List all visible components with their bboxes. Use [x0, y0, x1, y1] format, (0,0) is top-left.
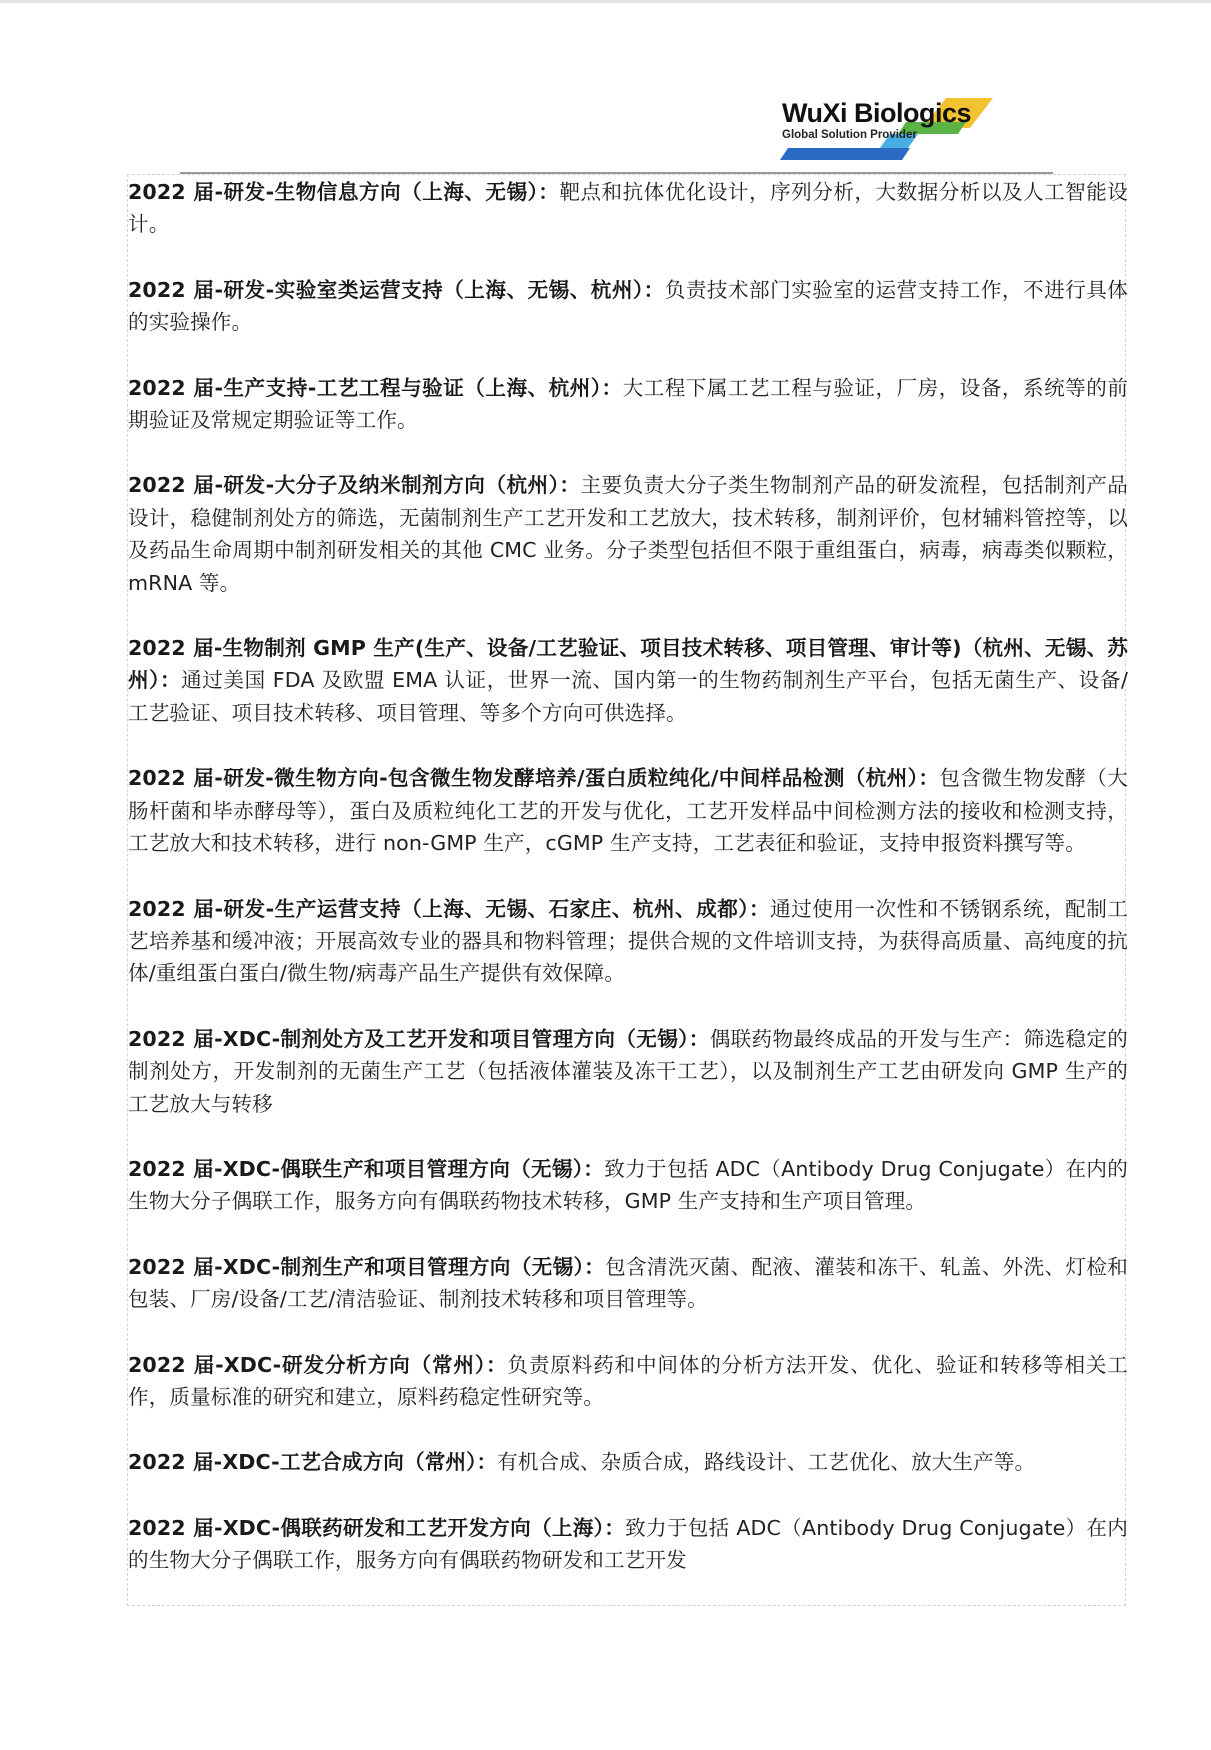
job-description: 有机合成、杂质合成，路线设计、工艺优化、放大生产等。 — [497, 1450, 1035, 1474]
job-entry: 2022 届-研发-生物信息方向（上海、无锡）：靶点和抗体优化设计，序列分析，大… — [128, 176, 1128, 241]
job-title: 2022 届-XDC-工艺合成方向（常州）： — [128, 1450, 497, 1474]
job-title: 2022 届-XDC-偶联生产和项目管理方向（无锡）： — [128, 1157, 604, 1181]
job-entry: 2022 届-XDC-研发分析方向（常州）：负责原料药和中间体的分析方法开发、优… — [128, 1349, 1128, 1414]
logo-subtitle: Global Solution Provider — [782, 129, 917, 141]
job-entry: 2022 届-研发-实验室类运营支持（上海、无锡、杭州）：负责技术部门实验室的运… — [128, 274, 1128, 339]
job-entry: 2022 届-生产支持-工艺工程与验证（上海、杭州）：大工程下属工艺工程与验证，… — [128, 372, 1128, 437]
job-entry: 2022 届-研发-生产运营支持（上海、无锡、石家庄、杭州、成都）：通过使用一次… — [128, 893, 1128, 990]
job-listing: 2022 届-研发-生物信息方向（上海、无锡）：靶点和抗体优化设计，序列分析，大… — [128, 176, 1128, 1610]
job-title: 2022 届-XDC-制剂处方及工艺开发和项目管理方向（无锡）： — [128, 1027, 710, 1051]
job-entry: 2022 届-XDC-偶联药研发和工艺开发方向（上海）：致力于包括 ADC（An… — [128, 1512, 1128, 1577]
job-title: 2022 届-生产支持-工艺工程与验证（上海、杭州）： — [128, 376, 623, 400]
job-title: 2022 届-XDC-偶联药研发和工艺开发方向（上海）： — [128, 1516, 625, 1540]
job-title: 2022 届-XDC-制剂生产和项目管理方向（无锡）： — [128, 1255, 605, 1279]
job-entry: 2022 届-XDC-偶联生产和项目管理方向（无锡）：致力于包括 ADC（Ant… — [128, 1153, 1128, 1218]
job-title: 2022 届-研发-微生物方向-包含微生物发酵培养/蛋白质粒纯化/中间样品检测（… — [128, 766, 939, 790]
job-title: 2022 届-研发-大分子及纳米制剂方向（杭州）： — [128, 473, 580, 497]
job-entry: 2022 届-XDC-工艺合成方向（常州）：有机合成、杂质合成，路线设计、工艺优… — [128, 1446, 1128, 1478]
job-title: 2022 届-研发-生产运营支持（上海、无锡、石家庄、杭州、成都）： — [128, 897, 770, 921]
job-entry: 2022 届-生物制剂 GMP 生产(生产、设备/工艺验证、项目技术转移、项目管… — [128, 632, 1128, 729]
page-top-edge — [0, 0, 1211, 3]
job-entry: 2022 届-研发-大分子及纳米制剂方向（杭州）：主要负责大分子类生物制剂产品的… — [128, 469, 1128, 599]
wuxi-biologics-logo: WuXi Biologics Global Solution Provider — [778, 98, 1018, 170]
job-description: 通过美国 FDA 及欧盟 EMA 认证，世界一流、国内第一的生物药制剂生产平台，… — [128, 668, 1128, 724]
logo-title: WuXi Biologics — [782, 98, 971, 129]
job-title: 2022 届-研发-实验室类运营支持（上海、无锡、杭州）： — [128, 278, 665, 302]
job-entry: 2022 届-研发-微生物方向-包含微生物发酵培养/蛋白质粒纯化/中间样品检测（… — [128, 762, 1128, 859]
job-title: 2022 届-研发-生物信息方向（上海、无锡）： — [128, 180, 559, 204]
job-entry: 2022 届-XDC-制剂处方及工艺开发和项目管理方向（无锡）：偶联药物最终成品… — [128, 1023, 1128, 1120]
job-entry: 2022 届-XDC-制剂生产和项目管理方向（无锡）：包含清洗灭菌、配液、灌装和… — [128, 1251, 1128, 1316]
job-title: 2022 届-XDC-研发分析方向（常州）： — [128, 1353, 507, 1377]
